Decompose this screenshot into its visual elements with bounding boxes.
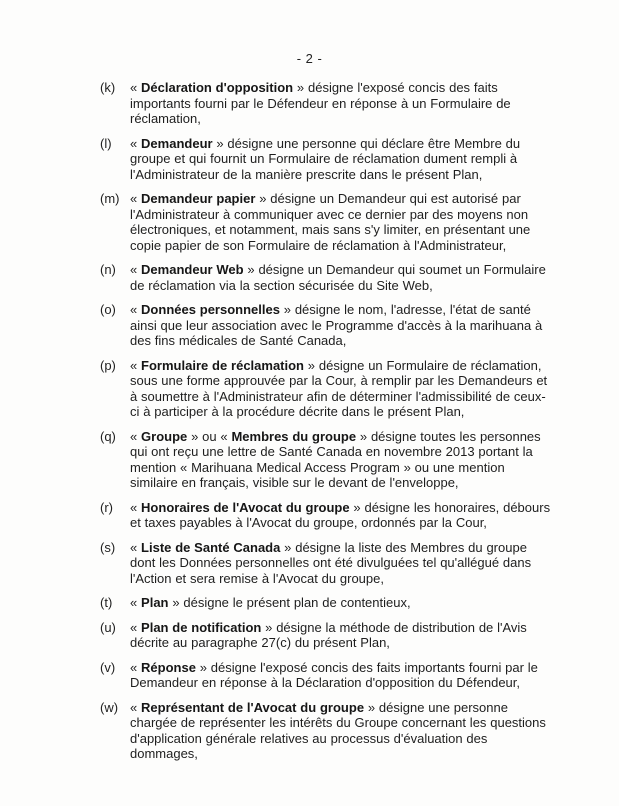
definition-text: « [130,136,141,151]
defined-term: Données personnelles [141,302,280,317]
item-label: (l) [100,136,112,152]
definition-text: « [130,700,141,715]
definition-text: « [130,660,141,675]
item-text: « Déclaration d'opposition » désigne l'e… [130,80,511,126]
defined-term: Honoraires de l'Avocat du groupe [141,500,350,515]
defined-term: Plan [141,595,168,610]
definition-item-l: (l)« Demandeur » désigne une personne qu… [100,136,555,183]
item-text: « Formulaire de réclamation » désigne un… [130,358,547,420]
defined-term: Représentant de l'Avocat du groupe [141,700,364,715]
definition-text: « [130,595,141,610]
item-label: (u) [100,620,116,636]
item-label: (s) [100,540,115,556]
item-label: (r) [100,500,113,516]
definition-item-r: (r)« Honoraires de l'Avocat du groupe » … [100,500,555,531]
definition-text: « [130,620,141,635]
definition-text: « [130,500,141,515]
defined-term: Liste de Santé Canada [141,540,280,555]
defined-term: Réponse [141,660,196,675]
defined-term: Demandeur papier [141,191,255,206]
item-text: « Données personnelles » désigne le nom,… [130,302,542,348]
item-text: « Représentant de l'Avocat du groupe » d… [130,700,546,762]
defined-term: Demandeur [141,136,213,151]
definition-text: « [130,191,141,206]
definition-text: « [130,80,141,95]
definition-text: » désigne le présent plan de contentieux… [169,595,411,610]
item-label: (p) [100,358,116,374]
definition-text: « [130,429,141,444]
document-page: - 2 - (k)« Déclaration d'opposition » dé… [0,0,619,806]
definition-item-w: (w)« Représentant de l'Avocat du groupe … [100,700,555,762]
defined-term: Plan de notification [141,620,261,635]
item-text: « Plan de notification » désigne la méth… [130,620,527,651]
definition-item-p: (p)« Formulaire de réclamation » désigne… [100,358,555,420]
defined-term: Groupe [141,429,187,444]
item-label: (v) [100,660,115,676]
defined-term: Déclaration d'opposition [141,80,293,95]
item-text: « Réponse » désigne l'exposé concis des … [130,660,538,691]
item-label: (w) [100,700,118,716]
definition-item-k: (k)« Déclaration d'opposition » désigne … [100,80,555,127]
definition-text: « [130,302,141,317]
item-text: « Groupe » ou « Membres du groupe » dési… [130,429,541,491]
item-text: « Demandeur Web » désigne un Demandeur q… [130,262,546,293]
page-number: - 2 - [0,51,619,67]
item-text: « Plan » désigne le présent plan de cont… [130,595,411,610]
item-label: (m) [100,191,120,207]
item-label: (q) [100,429,116,445]
definition-text: « [130,358,141,373]
defined-term: Membres du groupe [231,429,356,444]
definition-item-u: (u)« Plan de notification » désigne la m… [100,620,555,651]
item-text: « Demandeur » désigne une personne qui d… [130,136,520,182]
definitions-list: (k)« Déclaration d'opposition » désigne … [100,80,555,771]
definition-item-v: (v)« Réponse » désigne l'exposé concis d… [100,660,555,691]
defined-term: Formulaire de réclamation [141,358,304,373]
definition-text: « [130,262,141,277]
item-text: « Honoraires de l'Avocat du groupe » dés… [130,500,550,531]
item-label: (o) [100,302,116,318]
item-label: (n) [100,262,116,278]
defined-term: Demandeur Web [141,262,244,277]
definition-text: « [130,540,141,555]
item-text: « Demandeur papier » désigne un Demandeu… [130,191,530,253]
item-label: (t) [100,595,112,611]
item-label: (k) [100,80,115,96]
definition-item-s: (s)« Liste de Santé Canada » désigne la … [100,540,555,587]
item-text: « Liste de Santé Canada » désigne la lis… [130,540,531,586]
definition-item-q: (q)« Groupe » ou « Membres du groupe » d… [100,429,555,491]
definition-item-m: (m)« Demandeur papier » désigne un Deman… [100,191,555,253]
definition-item-t: (t)« Plan » désigne le présent plan de c… [100,595,555,611]
definition-item-o: (o)« Données personnelles » désigne le n… [100,302,555,349]
definition-item-n: (n)« Demandeur Web » désigne un Demandeu… [100,262,555,293]
definition-text: » ou « [187,429,231,444]
